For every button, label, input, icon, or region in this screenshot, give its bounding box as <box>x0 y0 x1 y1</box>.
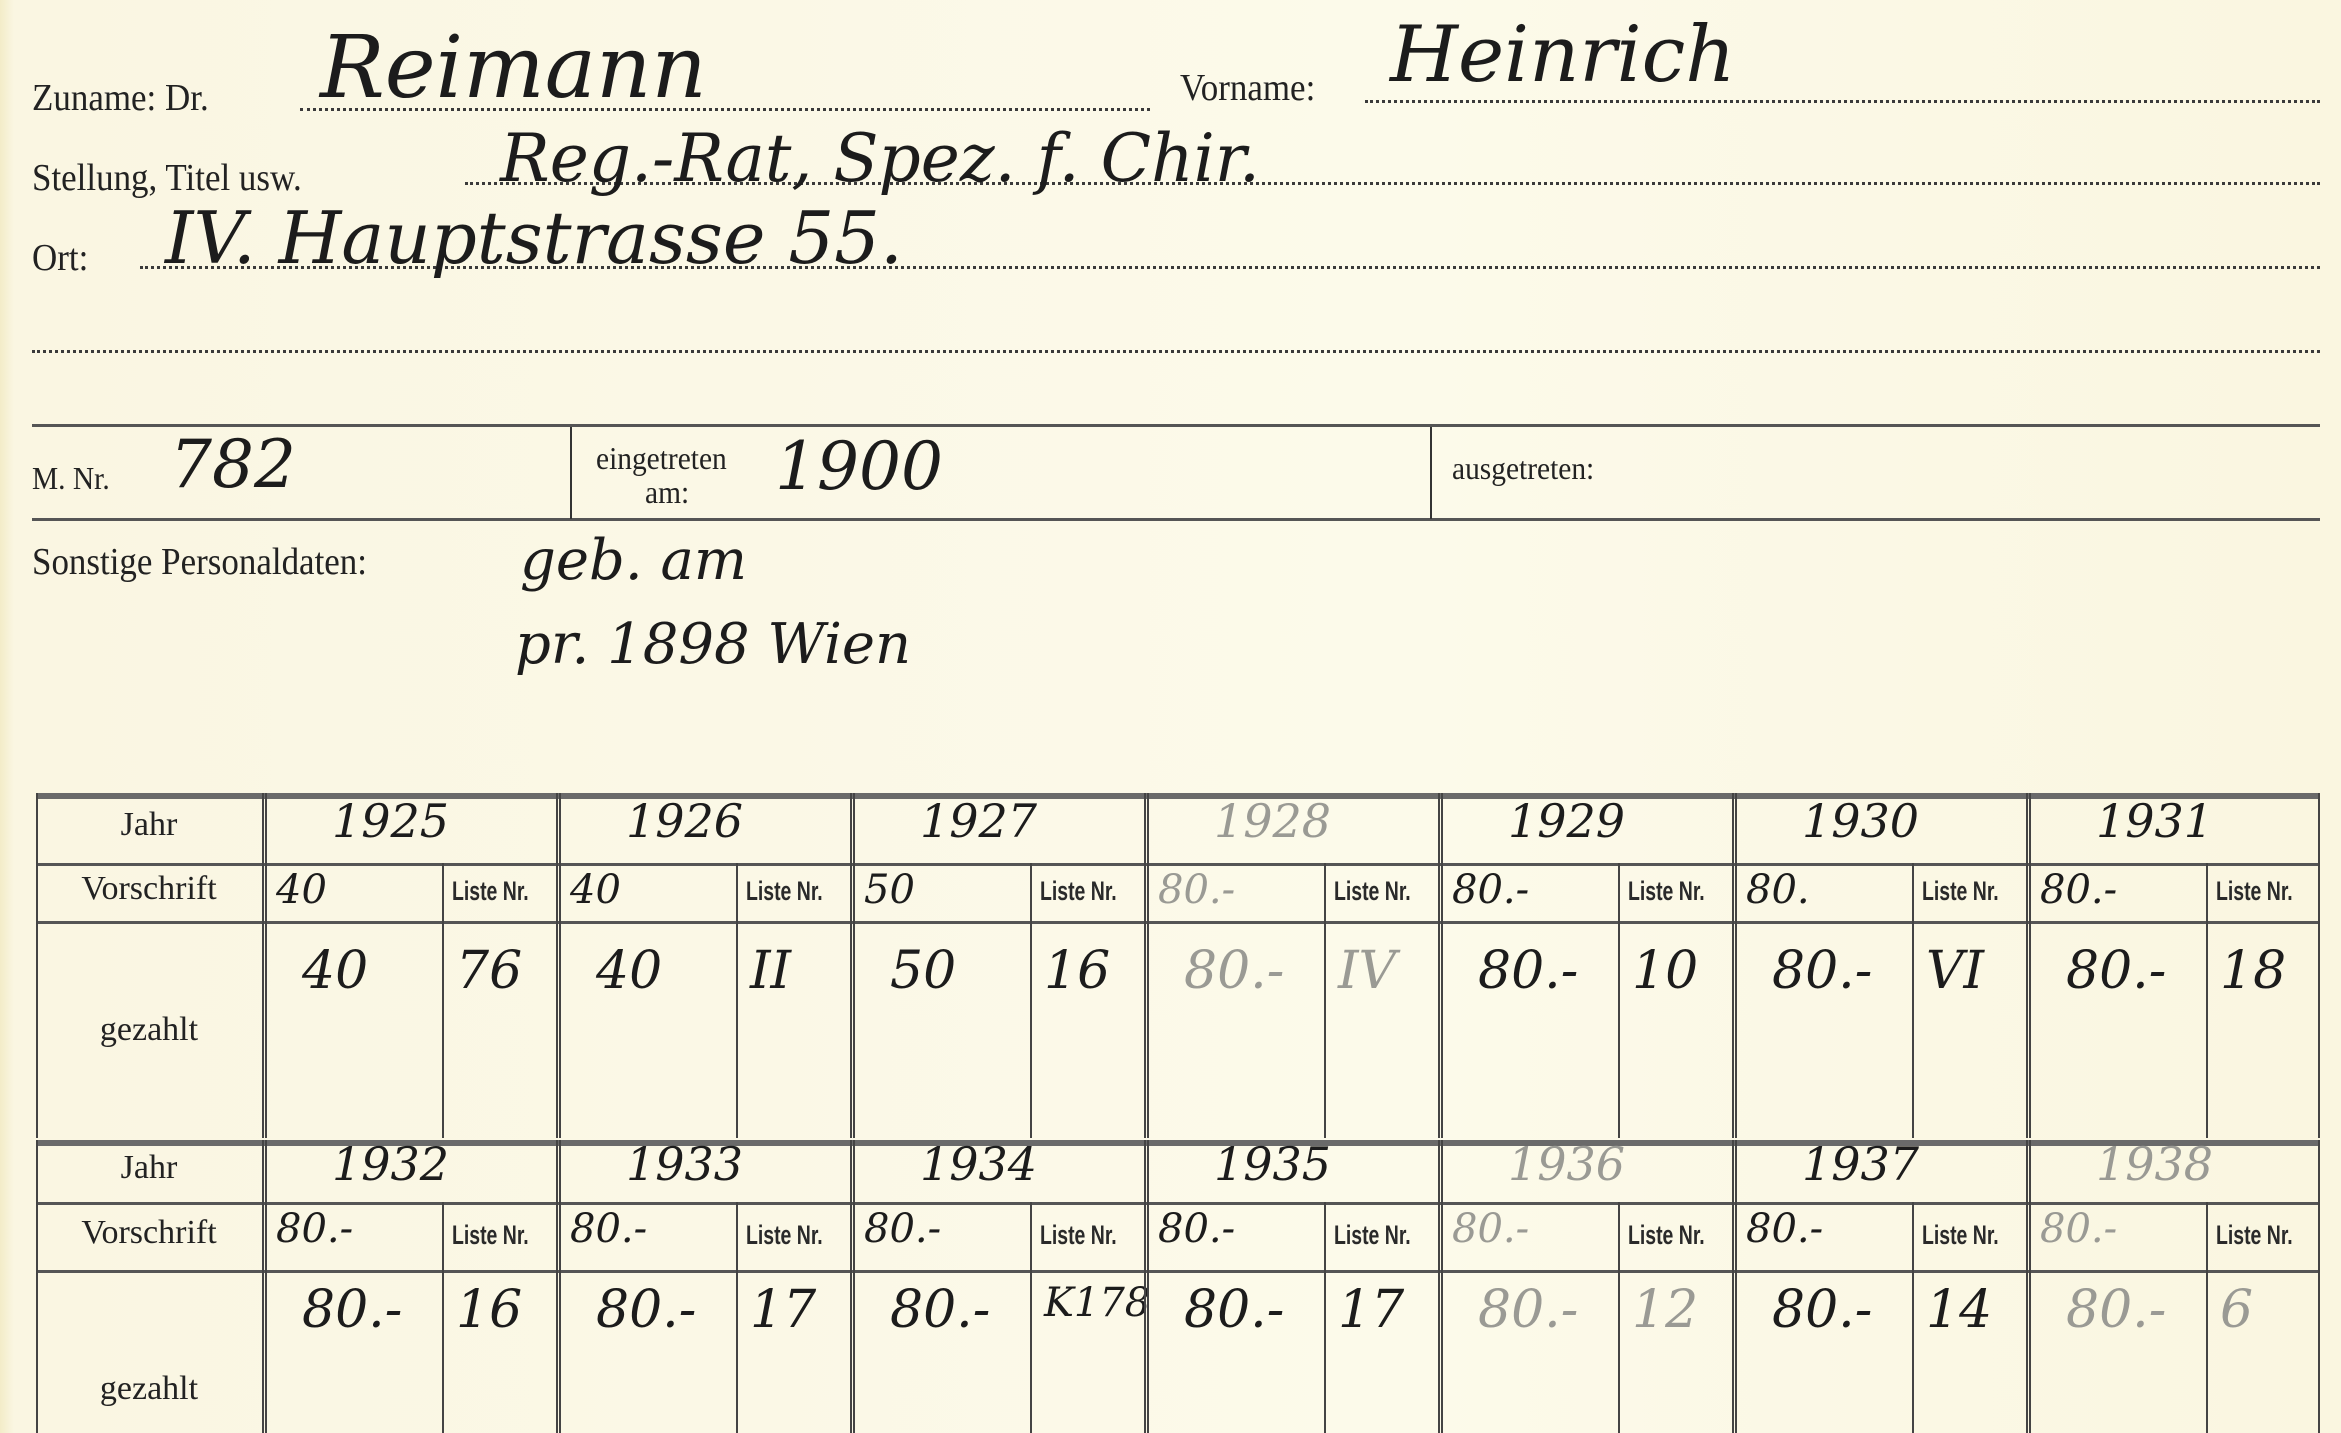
gezahlt-value: 80.- <box>1478 941 1578 1001</box>
gezahlt-value: 40 <box>596 941 662 1001</box>
year-1936: 1936 <box>1508 1137 1625 1191</box>
membership-top-rule <box>32 424 2320 427</box>
row-label-jahr: Jahr <box>36 806 262 844</box>
liste-nr-header: Liste Nr. <box>1628 876 1705 907</box>
liste-column-divider <box>1912 1202 1914 1433</box>
zuname-value: Reimann <box>320 18 707 118</box>
liste-column-divider <box>2206 863 2208 1138</box>
year-1927: 1927 <box>920 794 1037 848</box>
year-column-divider <box>556 1140 561 1433</box>
liste-nr-value: 17 <box>750 1280 816 1340</box>
year-1926: 1926 <box>626 794 743 848</box>
liste-nr-header: Liste Nr. <box>1922 1220 1999 1251</box>
year-column-divider <box>1438 793 1443 1138</box>
vorname-line <box>1365 100 2320 103</box>
liste-nr-value: VI <box>1926 941 1984 1001</box>
ausgetreten-label: ausgetreten: <box>1452 450 1594 487</box>
sonstige-label: Sonstige Personaldaten: <box>32 540 367 584</box>
vorschrift-value: 80.- <box>1158 867 1235 913</box>
year-column-divider <box>556 793 561 1138</box>
row-label-gezahlt: gezahlt <box>36 1011 262 1049</box>
gezahlt-value: 80.- <box>2066 1280 2166 1340</box>
liste-nr-header: Liste Nr. <box>2216 876 2293 907</box>
vorschrift-value: 80.- <box>1452 1206 1529 1252</box>
membership-divider-1 <box>570 427 572 519</box>
gezahlt-value: 80.- <box>2066 941 2166 1001</box>
liste-nr-value: 16 <box>456 1280 522 1340</box>
gezahlt-value: 80.- <box>1478 1280 1578 1340</box>
year-1938: 1938 <box>2096 1137 2213 1191</box>
liste-column-divider <box>1618 863 1620 1138</box>
row-label-jahr: Jahr <box>36 1149 262 1187</box>
jahr-row-rule <box>36 863 2320 866</box>
sonstige-line-1: geb. am <box>520 528 747 593</box>
mnr-value: 782 <box>170 426 296 503</box>
year-1934: 1934 <box>920 1137 1037 1191</box>
liste-nr-value: 18 <box>2220 941 2286 1001</box>
liste-nr-header: Liste Nr. <box>1334 1220 1411 1251</box>
table-left-border <box>36 793 38 1138</box>
zuname-label: Zuname: Dr. <box>32 76 209 120</box>
gezahlt-value: 80.- <box>890 1280 990 1340</box>
liste-column-divider <box>1618 1202 1620 1433</box>
eingetreten-value: 1900 <box>775 428 943 505</box>
year-1925: 1925 <box>332 794 449 848</box>
vorschrift-value: 80. <box>1746 867 1810 913</box>
year-column-divider <box>1144 1140 1149 1433</box>
liste-nr-header: Liste Nr. <box>746 1220 823 1251</box>
gezahlt-value: 50 <box>890 941 956 1001</box>
gezahlt-value: 40 <box>302 941 368 1001</box>
vorschrift-value: 40 <box>276 867 327 913</box>
liste-nr-header: Liste Nr. <box>746 876 823 907</box>
year-1929: 1929 <box>1508 794 1625 848</box>
liste-nr-value: 16 <box>1044 941 1110 1001</box>
gezahlt-value: 80.- <box>596 1280 696 1340</box>
liste-nr-header: Liste Nr. <box>1040 1220 1117 1251</box>
year-1930: 1930 <box>1802 794 1919 848</box>
liste-column-divider <box>442 863 444 1138</box>
membership-bottom-rule <box>32 518 2320 521</box>
stellung-value: Reg.-Rat, Spez. f. Chir. <box>500 120 1260 197</box>
liste-nr-header: Liste Nr. <box>1334 876 1411 907</box>
liste-nr-header: Liste Nr. <box>2216 1220 2293 1251</box>
liste-column-divider <box>2206 1202 2208 1433</box>
liste-column-divider <box>1030 863 1032 1138</box>
liste-nr-value: 76 <box>456 941 522 1001</box>
vorschrift-value: 80.- <box>570 1206 647 1252</box>
payment-table-1932-1938: JahrVorschriftgezahlt193280.-Liste Nr.80… <box>36 1140 2320 1433</box>
liste-nr-value: 10 <box>1632 941 1698 1001</box>
liste-nr-value: IV <box>1338 941 1396 1001</box>
vorschrift-value: 80.- <box>1746 1206 1823 1252</box>
liste-nr-value: 17 <box>1338 1280 1404 1340</box>
liste-nr-header: Liste Nr. <box>1628 1220 1705 1251</box>
year-column-divider <box>1732 1140 1737 1433</box>
vorschrift-value: 50 <box>864 867 915 913</box>
liste-nr-header: Liste Nr. <box>1040 876 1117 907</box>
mnr-label: M. Nr. <box>32 460 110 497</box>
year-1935: 1935 <box>1214 1137 1331 1191</box>
gezahlt-value: 80.- <box>1772 1280 1872 1340</box>
payment-table-1925-1931: JahrVorschriftgezahlt192540Liste Nr.4076… <box>36 793 2320 1138</box>
liste-nr-value: II <box>750 941 791 1001</box>
year-column-divider <box>262 793 267 1138</box>
vorschrift-value: 80.- <box>2040 867 2117 913</box>
year-column-divider <box>850 1140 855 1433</box>
year-1937: 1937 <box>1802 1137 1919 1191</box>
liste-nr-header: Liste Nr. <box>1922 876 1999 907</box>
table-right-border <box>2318 793 2320 1138</box>
row-label-vorschrift: Vorschrift <box>36 1214 262 1252</box>
liste-nr-value: 14 <box>1926 1280 1992 1340</box>
liste-column-divider <box>736 1202 738 1433</box>
liste-column-divider <box>1324 1202 1326 1433</box>
gezahlt-value: 80.- <box>1184 1280 1284 1340</box>
ort-value: IV. Hauptstrasse 55. <box>165 196 903 280</box>
liste-column-divider <box>1912 863 1914 1138</box>
vorschrift-value: 80.- <box>1158 1206 1235 1252</box>
year-column-divider <box>1438 1140 1443 1433</box>
liste-column-divider <box>442 1202 444 1433</box>
year-1933: 1933 <box>626 1137 743 1191</box>
year-column-divider <box>2026 793 2031 1138</box>
year-column-divider <box>2026 1140 2031 1433</box>
row-label-vorschrift: Vorschrift <box>36 870 262 908</box>
liste-nr-value: 6 <box>2220 1280 2253 1340</box>
liste-nr-value: K178 <box>1044 1280 1150 1326</box>
stellung-label: Stellung, Titel usw. <box>32 156 302 200</box>
liste-nr-header: Liste Nr. <box>452 876 529 907</box>
sonstige-line-2: pr. 1898 Wien <box>515 612 911 677</box>
year-1931: 1931 <box>2096 794 2213 848</box>
year-column-divider <box>850 793 855 1138</box>
ort-label: Ort: <box>32 236 88 280</box>
gezahlt-value: 80.- <box>1184 941 1284 1001</box>
vorname-label: Vorname: <box>1180 66 1315 110</box>
vorschrift-value: 80.- <box>2040 1206 2117 1252</box>
table-right-border <box>2318 1140 2320 1433</box>
vorschrift-value: 80.- <box>276 1206 353 1252</box>
vorschrift-value: 80.- <box>1452 867 1529 913</box>
liste-column-divider <box>1324 863 1326 1138</box>
vorschrift-value: 80.- <box>864 1206 941 1252</box>
liste-column-divider <box>736 863 738 1138</box>
eingetreten-label: eingetreten <box>596 440 727 477</box>
year-1932: 1932 <box>332 1137 449 1191</box>
liste-column-divider <box>1030 1202 1032 1433</box>
jahr-row-rule <box>36 1202 2320 1205</box>
year-1928: 1928 <box>1214 794 1331 848</box>
year-column-divider <box>262 1140 267 1433</box>
year-column-divider <box>1144 793 1149 1138</box>
liste-nr-header: Liste Nr. <box>452 1220 529 1251</box>
row-label-gezahlt: gezahlt <box>36 1370 262 1408</box>
vorschrift-value: 40 <box>570 867 621 913</box>
extra-address-line <box>32 350 2320 353</box>
year-column-divider <box>1732 793 1737 1138</box>
gezahlt-value: 80.- <box>1772 941 1872 1001</box>
membership-index-card: Zuname: Dr. Reimann Vorname: Heinrich St… <box>0 0 2341 1433</box>
vorschrift-row-rule <box>36 1270 2320 1273</box>
gezahlt-value: 80.- <box>302 1280 402 1340</box>
eingetreten-am-label: am: <box>645 474 689 511</box>
vorname-value: Heinrich <box>1390 10 1736 100</box>
membership-divider-2 <box>1430 427 1432 519</box>
vorschrift-row-rule <box>36 921 2320 924</box>
liste-nr-value: 12 <box>1632 1280 1698 1340</box>
